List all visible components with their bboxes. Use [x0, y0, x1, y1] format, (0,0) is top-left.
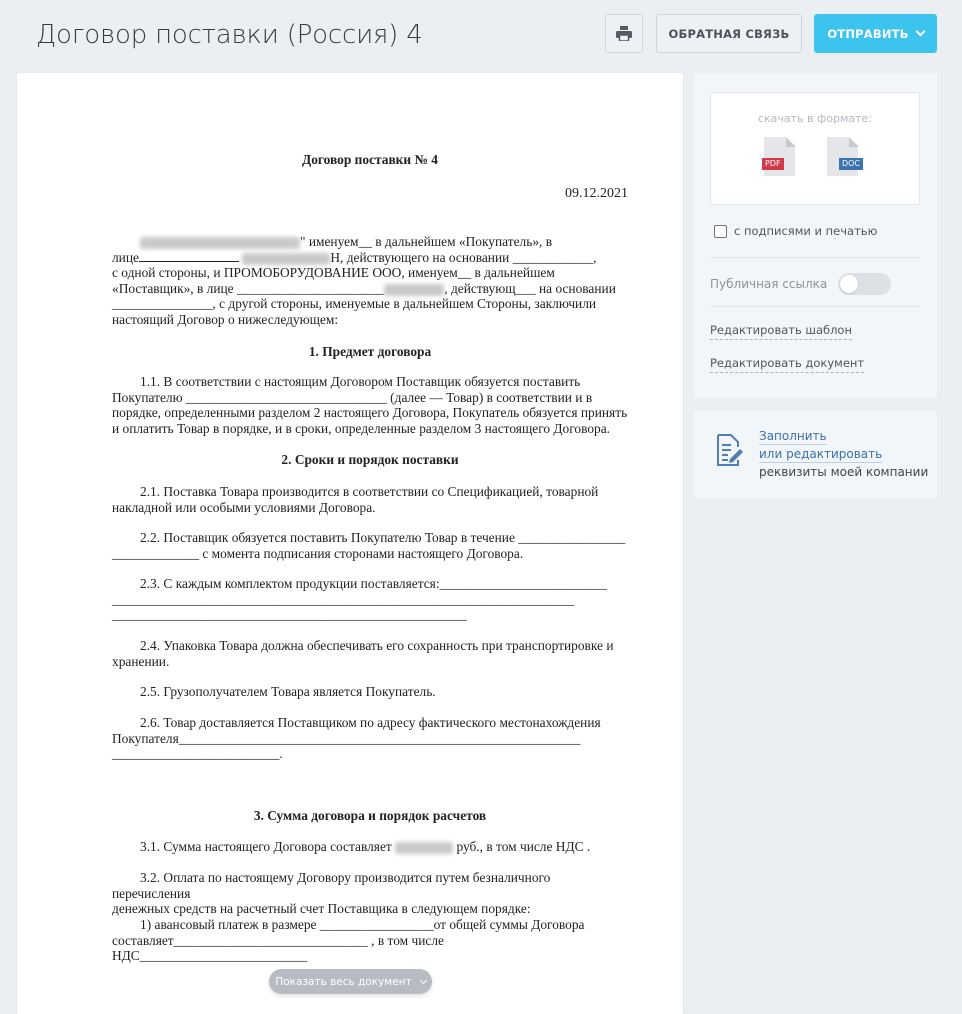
document-date: 09.12.2021 — [565, 186, 628, 202]
toggle-knob — [840, 275, 858, 293]
company-details-text: Заполнить или редактировать реквизиты мо… — [759, 427, 928, 481]
clause-line: Покупателю _____________________________… — [112, 390, 628, 406]
pdf-download-button[interactable]: PDF — [762, 158, 784, 170]
clause-3-3: 1) авансовый платеж в размере __________… — [112, 917, 628, 964]
actions-panel: скачать в формате: PDF DOC с подписями и… — [694, 73, 937, 398]
public-link-label: Публичная ссылка — [710, 277, 827, 291]
preamble-line: настоящий Договор о нижеследующем: — [112, 312, 628, 328]
clause-3-1: 3.1. Сумма настоящего Договора составляе… — [112, 839, 628, 855]
company-details-caption: реквизиты моей компании — [759, 463, 928, 481]
section-heading: 3. Сумма договора и порядок расчетов — [112, 808, 628, 824]
divider — [710, 257, 920, 258]
page-title: Договор поставки (Россия) 4 — [36, 16, 423, 54]
preamble-line: «Поставщик», в лице ____________________… — [112, 281, 384, 296]
clause-line: хранении. — [112, 654, 628, 670]
clause-line: 1.1. В соответствии с настоящим Договоро… — [140, 374, 580, 389]
edit-company-link[interactable]: или редактировать — [759, 447, 882, 463]
preamble-line: " именуем__ в дальнейшем «Покупатель», в — [300, 234, 552, 249]
preamble-line: _______________, с другой стороны, имену… — [112, 296, 628, 312]
clause-2-2: 2.2. Поставщик обязуется поставить Покуп… — [112, 530, 628, 561]
clause-line: _____________ с момента подписания сторо… — [112, 546, 628, 562]
clause-line: составляет_____________________________ … — [112, 933, 628, 964]
clause-line: ________________________________________… — [112, 607, 628, 623]
blank-line — [139, 251, 239, 262]
clause-line: руб., в том числе НДС . — [456, 839, 590, 854]
clause-2-6: 2.6. Товар доставляется Поставщиком по а… — [112, 715, 628, 762]
feedback-button[interactable]: ОБРАТНАЯ СВЯЗЬ — [656, 14, 802, 53]
clause-line: 2.2. Поставщик обязуется поставить Покуп… — [140, 530, 625, 545]
doc-download-button[interactable]: DOC — [839, 158, 863, 170]
clause-line: порядке, определенными разделом 2 настоя… — [112, 405, 628, 421]
clause-line: ________________________________________… — [112, 592, 628, 608]
show-full-document-label: Показать весь документ — [275, 976, 411, 988]
clause-2-1: 2.1. Поставка Товара производится в соот… — [112, 484, 628, 515]
clause-line: Покупателя______________________________… — [112, 731, 628, 747]
show-full-document-button[interactable]: Показать весь документ — [269, 969, 432, 994]
preamble-line: Н, действующего на основании ___________… — [330, 250, 596, 265]
download-label: скачать в формате: — [711, 112, 919, 125]
print-button[interactable] — [605, 14, 643, 53]
clause-line: 3.1. Сумма настоящего Договора составляе… — [140, 839, 392, 854]
clause-line: 2.6. Товар доставляется Поставщиком по а… — [140, 715, 601, 730]
company-details-panel: Заполнить или редактировать реквизиты мо… — [694, 411, 937, 498]
chevron-down-icon — [915, 27, 925, 37]
preamble: " именуем__ в дальнейшем «Покупатель», в… — [112, 234, 628, 328]
edit-document-link[interactable]: Редактировать документ — [710, 356, 864, 373]
document-edit-icon — [716, 433, 744, 467]
fill-company-link[interactable]: Заполнить — [759, 429, 827, 445]
clause-2-5: 2.5. Грузополучателем Товара является По… — [112, 684, 628, 700]
clause-line: _________________________. — [112, 746, 628, 762]
clause-2-4: 2.4. Упаковка Товара должна обеспечивать… — [112, 638, 628, 669]
clause-line: 2.3. С каждым комплектом продукции поста… — [140, 576, 607, 591]
chevron-down-icon — [420, 976, 427, 983]
signatures-checkbox-row[interactable]: с подписями и печатью — [714, 224, 877, 238]
signatures-checkbox[interactable] — [714, 225, 727, 238]
divider — [710, 306, 920, 307]
clause-3-2: 3.2. Оплата по настоящему Договору произ… — [112, 870, 628, 917]
send-button-label: ОТПРАВИТЬ — [827, 27, 908, 41]
clause-line: 2.4. Упаковка Товара должна обеспечивать… — [140, 638, 614, 653]
public-link-row: Публичная ссылка — [710, 273, 891, 295]
printer-icon — [616, 26, 632, 41]
public-link-toggle[interactable] — [838, 273, 891, 295]
document-preview: Договор поставки № 4 09.12.2021 " именуе… — [17, 73, 683, 1014]
clause-line: 1) авансовый платеж в размере __________… — [140, 917, 584, 932]
redacted-text — [384, 284, 444, 296]
section-heading: 2. Сроки и порядок поставки — [112, 452, 628, 468]
file-fold — [786, 137, 796, 147]
redacted-text — [140, 237, 300, 249]
download-box: скачать в формате: PDF DOC — [710, 92, 920, 205]
section-heading: 1. Предмет договора — [112, 344, 628, 360]
document-title: Договор поставки № 4 — [112, 152, 628, 168]
signatures-checkbox-label: с подписями и печатью — [734, 224, 877, 238]
preamble-line: лице — [112, 250, 139, 265]
clause-line: 2.1. Поставка Товара производится в соот… — [140, 484, 598, 499]
clause-line: накладной или особыми условиями Договора… — [112, 500, 628, 516]
send-button[interactable]: ОТПРАВИТЬ — [814, 14, 937, 53]
clause-2-3: 2.3. С каждым комплектом продукции поста… — [112, 576, 628, 623]
preamble-line: с одной стороны, и ПРОМОБОРУДОВАНИЕ ООО,… — [112, 265, 628, 281]
edit-template-link[interactable]: Редактировать шаблон — [710, 323, 852, 340]
file-fold — [849, 137, 859, 147]
preamble-line: , действующ___ на основании — [444, 281, 616, 296]
clause-line: и оплатить Товар в порядке, и в сроки, о… — [112, 421, 628, 437]
clause-line: денежных средств на расчетный счет Поста… — [112, 901, 628, 917]
redacted-amount — [395, 842, 453, 854]
clause-1-1: 1.1. В соответствии с настоящим Договоро… — [112, 374, 628, 436]
clause-line: 2.5. Грузополучателем Товара является По… — [140, 684, 436, 699]
redacted-text — [242, 253, 330, 265]
clause-line: 3.2. Оплата по настоящему Договору произ… — [112, 870, 550, 901]
